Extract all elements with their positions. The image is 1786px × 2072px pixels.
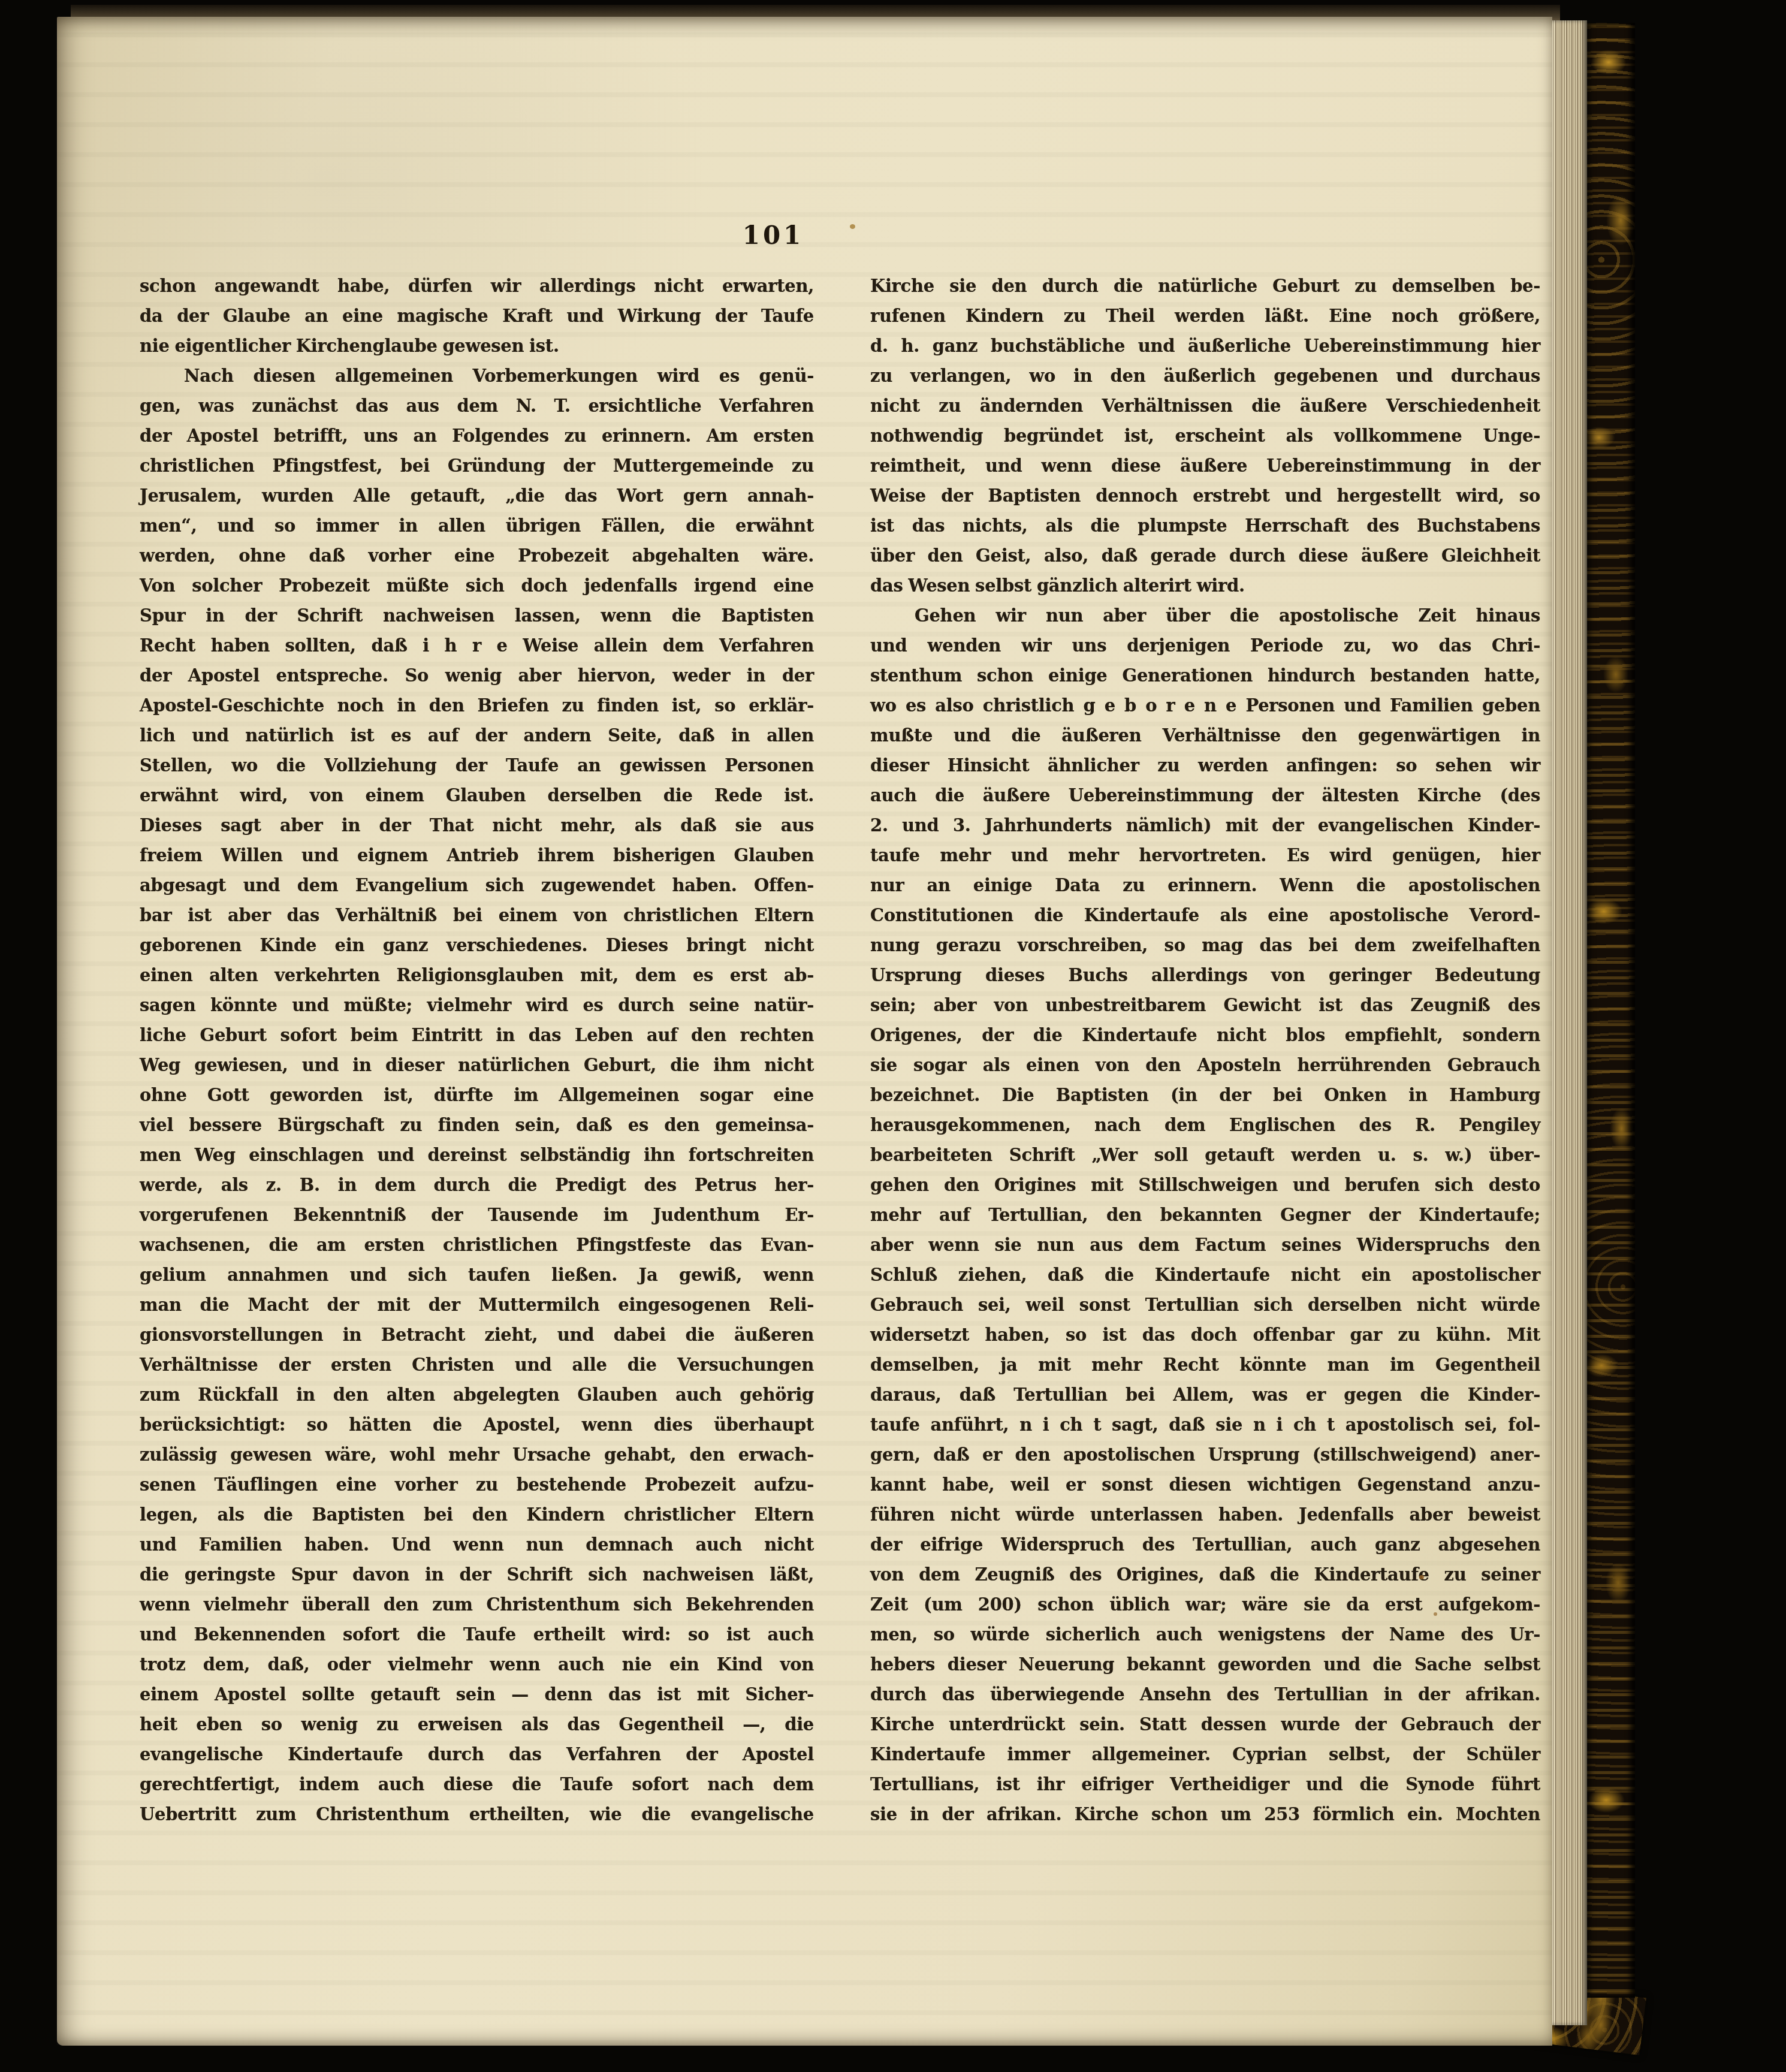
text-line: Gebrauch sei, weil sonst Tertullian sich…: [870, 1290, 1540, 1320]
text-line: das Wesen selbst gänzlich alterirt wird.: [870, 571, 1540, 601]
text-line: werde, als z. B. in dem durch die Predig…: [140, 1170, 814, 1200]
text-line: men“, und so immer in allen übrigen Fäll…: [140, 511, 814, 541]
text-line: abgesagt und dem Evangelium sich zugewen…: [140, 870, 814, 900]
text-line: rufenen Kindern zu Theil werden läßt. Ei…: [870, 301, 1540, 331]
book-page: 101 schon angewandt habe, dürfen wir all…: [57, 17, 1552, 2046]
text-line: christlichen Pfingstfest, bei Gründung d…: [140, 451, 814, 481]
text-line: Ursprung dieses Buchs allerdings von ger…: [870, 960, 1540, 990]
text-line: und Familien haben. Und wenn nun demnach…: [140, 1530, 814, 1560]
text-line: gelium annahmen und sich taufen ließen. …: [140, 1260, 814, 1290]
text-line: zulässig gewesen wäre, wohl mehr Ursache…: [140, 1440, 814, 1470]
text-line: die geringste Spur davon in der Schrift …: [140, 1560, 814, 1590]
text-line: zum Rückfall in den alten abgelegten Gla…: [140, 1380, 814, 1410]
text-line: lich und natürlich ist es auf der andern…: [140, 720, 814, 750]
text-line: Zeit (um 200) schon üblich war; wäre sie…: [870, 1590, 1540, 1619]
text-line: gionsvorstellungen in Betracht zieht, un…: [140, 1320, 814, 1350]
text-line: werden, ohne daß vorher eine Probezeit a…: [140, 541, 814, 571]
marbled-cover-edge: [1587, 23, 1635, 1998]
text-line: senen Täuflingen eine vorher zu bestehen…: [140, 1470, 814, 1500]
text-line: auch die äußere Uebereinstimmung der ält…: [870, 780, 1540, 810]
text-column-left: schon angewandt habe, dürfen wir allerdi…: [140, 271, 814, 1829]
text-line: Recht haben sollten, daß i h r e Weise a…: [140, 631, 814, 660]
text-line: mußte und die äußeren Verhältnisse den g…: [870, 720, 1540, 750]
text-line: sagen könnte und müßte; vielmehr wird es…: [140, 990, 814, 1020]
text-line: wenn vielmehr überall den zum Christenth…: [140, 1590, 814, 1619]
foxing-spot: [850, 224, 855, 229]
text-line: der Apostel betrifft, uns an Folgendes z…: [140, 421, 814, 451]
text-line: und wenden wir uns derjenigen Periode zu…: [870, 631, 1540, 660]
text-line: nur an einige Data zu erinnern. Wenn die…: [870, 870, 1540, 900]
text-line: Verhältnisse der ersten Christen und all…: [140, 1350, 814, 1380]
text-line: sein; aber von unbestreitbarem Gewicht i…: [870, 990, 1540, 1020]
text-line: dieser Hinsicht ähnlicher zu werden anfi…: [870, 750, 1540, 780]
text-line: wachsenen, die am ersten christlichen Pf…: [140, 1230, 814, 1260]
text-line: vorgerufenen Bekenntniß der Tausende im …: [140, 1200, 814, 1230]
text-line: liche Geburt sofort beim Eintritt in das…: [140, 1020, 814, 1050]
text-line: Origenes, der die Kindertaufe nicht blos…: [870, 1020, 1540, 1050]
text-line: Weg gewiesen, und in dieser natürlichen …: [140, 1050, 814, 1080]
fore-edge-page-stack: [1552, 20, 1587, 2025]
text-line: freiem Willen und eignem Antrieb ihrem b…: [140, 840, 814, 870]
text-line: gehen den Origines mit Stillschweigen un…: [870, 1170, 1540, 1200]
text-line: führen nicht würde unterlassen haben. Je…: [870, 1500, 1540, 1530]
text-line: durch das überwiegende Ansehn des Tertul…: [870, 1679, 1540, 1709]
text-line: Jerusalem, wurden Alle getauft, „die das…: [140, 481, 814, 511]
text-line: ohne Gott geworden ist, dürfte im Allgem…: [140, 1080, 814, 1110]
text-line: zu verlangen, wo in den äußerlich gegebe…: [870, 361, 1540, 391]
text-line: einen alten verkehrten Religionsglauben …: [140, 960, 814, 990]
text-line: nothwendig begründet ist, erscheint als …: [870, 421, 1540, 451]
text-line: Dieses sagt aber in der That nicht mehr,…: [140, 810, 814, 840]
text-line: Von solcher Probezeit müßte sich doch je…: [140, 571, 814, 601]
text-line: taufe anführt, n i ch t sagt, daß sie n …: [870, 1410, 1540, 1440]
text-line: viel bessere Bürgschaft zu finden sein, …: [140, 1110, 814, 1140]
text-line: herausgekommenen, nach dem Englischen de…: [870, 1110, 1540, 1140]
text-line: demselben, ja mit mehr Recht könnte man …: [870, 1350, 1540, 1380]
text-line: erwähnt wird, von einem Glauben derselbe…: [140, 780, 814, 810]
text-line: Stellen, wo die Vollziehung der Taufe an…: [140, 750, 814, 780]
text-line: daraus, daß Tertullian bei Allem, was er…: [870, 1380, 1540, 1410]
text-line: gen, was zunächst das aus dem N. T. ersi…: [140, 391, 814, 421]
text-line: über den Geist, also, daß gerade durch d…: [870, 541, 1540, 571]
text-line: Tertullians, ist ihr eifriger Vertheidig…: [870, 1769, 1540, 1799]
foxing-spot: [1434, 1612, 1437, 1616]
text-line: gern, daß er den apostolischen Ursprung …: [870, 1440, 1540, 1470]
text-line: der Apostel entspreche. So wenig aber hi…: [140, 660, 814, 690]
text-line: nung gerazu vorschreiben, so mag das bei…: [870, 930, 1540, 960]
text-line: widersetzt haben, so ist das doch offenb…: [870, 1320, 1540, 1350]
text-line: heit eben so wenig zu erweisen als das G…: [140, 1709, 814, 1739]
text-line: Kindertaufe immer allgemeiner. Cyprian s…: [870, 1739, 1540, 1769]
text-line: legen, als die Baptisten bei den Kindern…: [140, 1500, 814, 1530]
text-line: Weise der Baptisten dennoch erstrebt und…: [870, 481, 1540, 511]
text-line: und Bekennenden sofort die Taufe ertheil…: [140, 1619, 814, 1649]
text-column-right: Kirche sie den durch die natürliche Gebu…: [870, 271, 1540, 1829]
text-line: trotz dem, daß, oder vielmehr wenn auch …: [140, 1649, 814, 1679]
text-line: evangelische Kindertaufe durch das Verfa…: [140, 1739, 814, 1769]
text-line: taufe mehr und mehr hervortreten. Es wir…: [870, 840, 1540, 870]
text-line: wo es also christlich g e b o r e n e Pe…: [870, 690, 1540, 720]
text-line: Uebertritt zum Christenthum ertheilten, …: [140, 1799, 814, 1829]
text-line: 2. und 3. Jahrhunderts nämlich) mit der …: [870, 810, 1540, 840]
text-line: men, so würde sicherlich auch wenigstens…: [870, 1619, 1540, 1649]
text-line: men Weg einschlagen und dereinst selbstä…: [140, 1140, 814, 1170]
text-line: bearbeiteten Schrift „Wer soll getauft w…: [870, 1140, 1540, 1170]
text-line: Kirche unterdrückt sein. Statt dessen wu…: [870, 1709, 1540, 1739]
text-line: Nach diesen allgemeinen Vorbemerkungen w…: [140, 361, 814, 391]
text-line: bezeichnet. Die Baptisten (in der bei On…: [870, 1080, 1540, 1110]
text-line: Apostel-Geschichte noch in den Briefen z…: [140, 690, 814, 720]
text-line: Schluß ziehen, daß die Kindertaufe nicht…: [870, 1260, 1540, 1290]
text-line: d. h. ganz buchstäbliche und äußerliche …: [870, 331, 1540, 361]
text-line: aber wenn sie nun aus dem Factum seines …: [870, 1230, 1540, 1260]
text-line: hebers dieser Neuerung bekannt geworden …: [870, 1649, 1540, 1679]
text-line: sie sogar als einen von den Aposteln her…: [870, 1050, 1540, 1080]
text-line: der eifrige Widerspruch des Tertullian, …: [870, 1530, 1540, 1560]
text-line: Gehen wir nun aber über die apostolische…: [870, 601, 1540, 631]
text-line: mehr auf Tertullian, den bekannten Gegne…: [870, 1200, 1540, 1230]
text-line: man die Macht der mit der Muttermilch ei…: [140, 1290, 814, 1320]
text-line: Kirche sie den durch die natürliche Gebu…: [870, 271, 1540, 301]
text-line: berücksichtigt: so hätten die Apostel, w…: [140, 1410, 814, 1440]
page-number: 101: [713, 223, 833, 248]
text-line: einem Apostel sollte getauft sein — denn…: [140, 1679, 814, 1709]
text-line: ist das nichts, als die plumpste Herrsch…: [870, 511, 1540, 541]
foxing-spot: [1419, 1575, 1424, 1579]
text-line: nie eigentlicher Kirchenglaube gewesen i…: [140, 331, 814, 361]
text-line: von dem Zeugniß des Origines, daß die Ki…: [870, 1560, 1540, 1590]
text-line: nicht zu ändernden Verhältnissen die äuß…: [870, 391, 1540, 421]
text-line: schon angewandt habe, dürfen wir allerdi…: [140, 271, 814, 301]
text-line: geborenen Kinde ein ganz verschiedenes. …: [140, 930, 814, 960]
text-line: gerechtfertigt, indem auch diese die Tau…: [140, 1769, 814, 1799]
text-line: da der Glaube an eine magische Kraft und…: [140, 301, 814, 331]
text-line: stenthum schon einige Generationen hindu…: [870, 660, 1540, 690]
text-line: reimtheit, und wenn diese äußere Ueberei…: [870, 451, 1540, 481]
text-line: bar ist aber das Verhältniß bei einem vo…: [140, 900, 814, 930]
text-line: Spur in der Schrift nachweisen lassen, w…: [140, 601, 814, 631]
text-line: sie in der afrikan. Kirche schon um 253 …: [870, 1799, 1540, 1829]
text-line: Constitutionen die Kindertaufe als eine …: [870, 900, 1540, 930]
text-line: kannt habe, weil er sonst diesen wichtig…: [870, 1470, 1540, 1500]
